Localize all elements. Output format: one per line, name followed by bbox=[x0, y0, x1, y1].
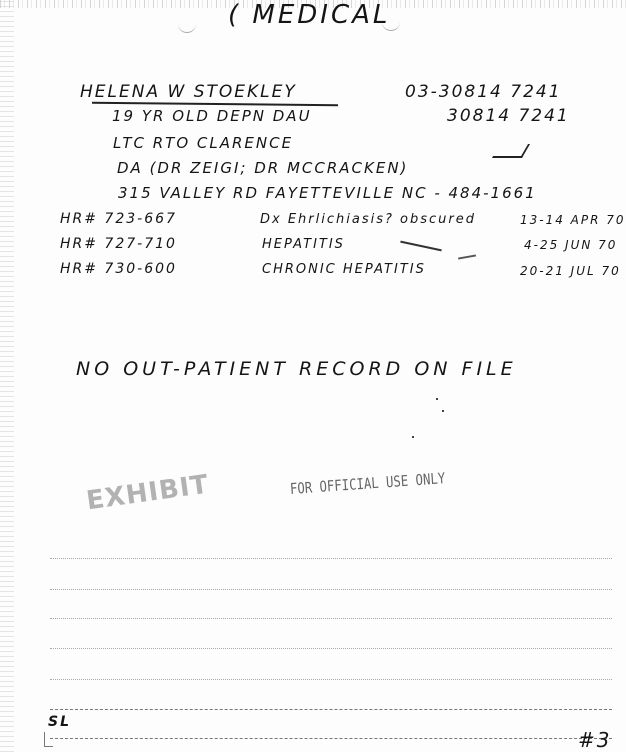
exhibit-stamp: EXHIBIT bbox=[85, 470, 211, 517]
page-number: #3 bbox=[578, 728, 611, 752]
ink-speck bbox=[442, 410, 444, 412]
official-use-stamp: FOR OFFICIAL USE ONLY bbox=[289, 469, 445, 498]
ruled-line bbox=[50, 558, 612, 559]
service-number-2: 30814 7241 bbox=[447, 106, 570, 126]
ruled-line bbox=[50, 738, 612, 739]
patient-name: HELENA W STOEKLEY bbox=[80, 82, 297, 102]
scanned-page: ( MEDICAL HELENA W STOEKLEY 03-30814 724… bbox=[0, 0, 626, 752]
punch-hole-mark bbox=[178, 24, 196, 33]
ink-speck bbox=[436, 398, 438, 400]
ink-speck bbox=[412, 436, 414, 438]
diagnosis: CHRONIC HEPATITIS bbox=[262, 262, 426, 277]
name-underline bbox=[92, 102, 338, 107]
dash-mark bbox=[400, 241, 441, 252]
no-record-note: NO OUT-PATIENT RECORD ON FILE bbox=[76, 358, 517, 380]
record-dates: 4-25 JUN 70 bbox=[524, 238, 617, 252]
hospital-record-number: HR# 727-710 bbox=[60, 236, 177, 252]
ruled-line bbox=[50, 618, 612, 619]
hospital-record-number: HR# 730-600 bbox=[60, 261, 177, 277]
ruled-line bbox=[50, 679, 612, 680]
sponsor: LTC RTO CLARENCE bbox=[113, 134, 293, 152]
ruled-line bbox=[50, 589, 612, 590]
record-dates: 13-14 APR 70 bbox=[520, 213, 626, 227]
patient-age-status: 19 YR OLD DEPN DAU bbox=[112, 107, 312, 125]
dash-mark bbox=[458, 254, 476, 259]
scan-edge-left bbox=[0, 0, 14, 752]
corner-mark bbox=[44, 732, 53, 747]
scribble-mark bbox=[492, 144, 530, 158]
ruled-line bbox=[50, 648, 612, 649]
hospital-record-number: HR# 723-667 bbox=[60, 211, 177, 227]
initials: SL bbox=[48, 714, 71, 730]
physicians: DA (DR ZEIGI; DR MCCRACKEN) bbox=[117, 159, 408, 177]
service-number-1: 03-30814 7241 bbox=[405, 82, 562, 102]
record-dates: 20-21 JUL 70 bbox=[520, 264, 621, 278]
document-title: ( MEDICAL bbox=[228, 0, 390, 30]
address: 315 VALLEY RD FAYETTEVILLE NC - 484-1661 bbox=[118, 184, 537, 202]
diagnosis: HEPATITIS bbox=[262, 237, 345, 252]
ruled-line bbox=[50, 709, 612, 710]
diagnosis: Dx Ehrlichiasis? obscured bbox=[260, 212, 476, 227]
